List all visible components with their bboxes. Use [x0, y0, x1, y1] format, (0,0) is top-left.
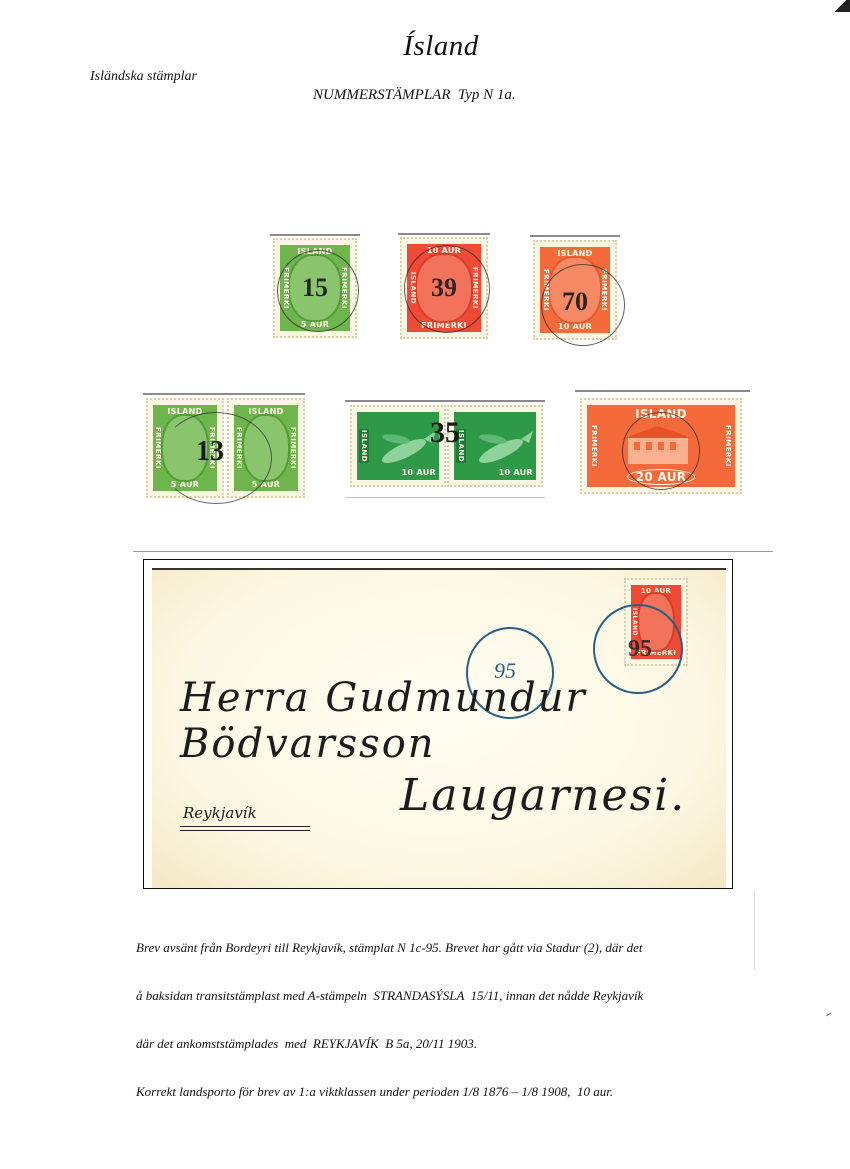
origin-handwriting: Reykjavík	[183, 804, 257, 822]
stamp-value: 10 AUR	[402, 468, 436, 477]
stamp-country: ISLAND	[359, 429, 369, 463]
stamp-10-aur-fish-pair-right: 10 AUR ISLAND	[447, 405, 543, 487]
underline	[180, 826, 310, 831]
mount-strip	[143, 393, 305, 395]
caption-line: där det ankomststämplades med REYKJAVÍK …	[136, 1036, 756, 1052]
stamp-10-aur-red: 10 AUR FRIMERKI ISLAND FRIMERKI 39	[400, 237, 488, 339]
cover-description: Brev avsänt från Bordeyri till Reykjavík…	[136, 908, 756, 1116]
cancel-number: 35	[430, 416, 460, 450]
stamp-5-aur-green: ISLAND 5 AUR FRIMERKI FRIMERKI 15	[273, 238, 357, 338]
mount-strip	[270, 234, 360, 236]
caption-line: Brev avsänt från Bordeyri till Reykjavík…	[136, 940, 756, 956]
divider	[133, 551, 773, 552]
cancel-number: 39	[402, 273, 486, 303]
cancel-number: 15	[275, 273, 355, 303]
stamp-20-aur-building: ISLAND 20 AUR FRIMERKI FRIMERKI	[580, 398, 742, 494]
caption-edge	[754, 890, 755, 970]
mount-strip	[575, 390, 750, 392]
page-subtitle: NUMMERSTÄMPLAR Typ N 1a.	[313, 87, 516, 104]
cancel-number: 70	[535, 287, 615, 317]
stamp-value: 10 AUR	[499, 468, 533, 477]
fish-icon	[471, 425, 537, 469]
addressee-handwriting: Herra Gudmundur Bödvarsson	[180, 675, 850, 767]
caption-line: Korrekt landsporto för brev av 1:a viktk…	[136, 1084, 756, 1100]
page-title: Ísland	[0, 30, 850, 63]
scan-speck	[826, 1013, 831, 1017]
mount-strip	[530, 235, 620, 237]
scan-corner-mark	[833, 0, 850, 12]
mount-strip	[345, 497, 545, 498]
cancel-number-on-stamp: 95	[628, 636, 652, 663]
cancel-number: 13	[196, 436, 224, 468]
stamp-side-label: FRIMERKI	[289, 427, 297, 469]
section-label: Isländska stämplar	[90, 69, 197, 85]
destination-handwriting: Laugarnesi.	[400, 770, 686, 821]
mount-strip	[345, 400, 545, 402]
stamp-10-aur-orange: ISLAND 10 AUR FRIMERKI FRIMERKI 70	[533, 240, 617, 340]
stamp-side-label: FRIMERKI	[724, 425, 732, 467]
caption-line: å baksidan transitstämplast med A-stämpe…	[136, 988, 756, 1004]
mount-strip	[398, 233, 490, 235]
stamp-side-label: FRIMERKI	[590, 425, 598, 467]
cancel-ring-icon	[622, 412, 700, 490]
